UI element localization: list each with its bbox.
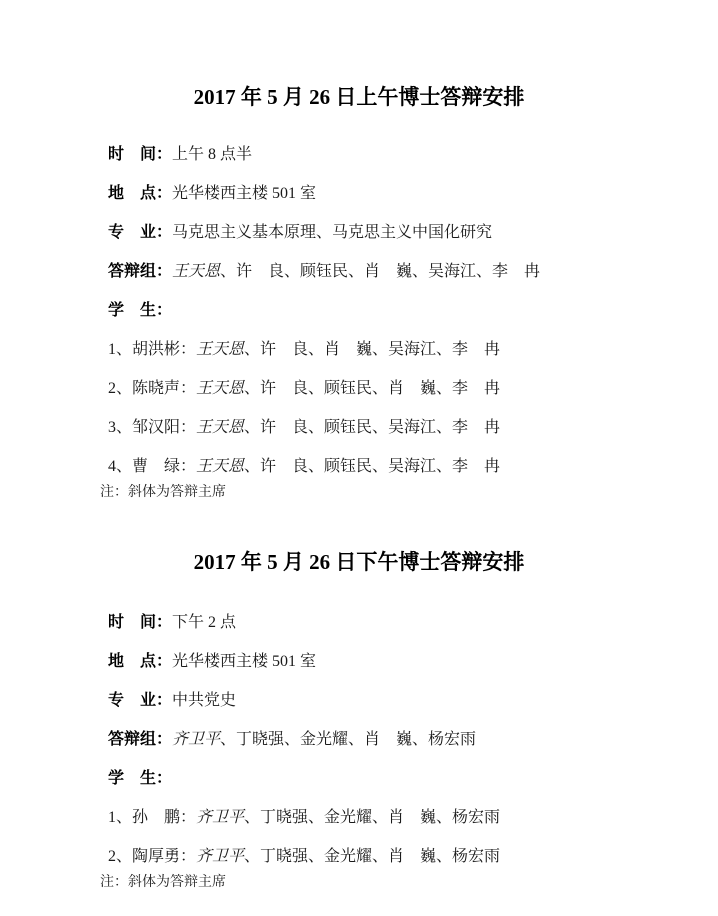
student-row: 2、陈晓声：王天恩、许 良、顾钰民、肖 巍、李 冉 [100, 356, 500, 400]
committee-members: 、丁晓强、金光耀、肖 巍、杨宏雨 [220, 731, 476, 748]
morning-students-row: 学 生： [100, 278, 172, 322]
student-committee: 、丁晓强、金光耀、肖 巍、杨宏雨 [244, 848, 500, 865]
afternoon-note: 注：斜体为答辩主席 [100, 874, 226, 892]
student-chair: 齐卫平 [196, 848, 244, 865]
afternoon-place-row: 地 点：光华楼西主楼 501 室 [100, 629, 316, 673]
afternoon-committee-row: 答辩组：齐卫平、丁晓强、金光耀、肖 巍、杨宏雨 [100, 707, 476, 751]
student-row: 4、曹 绿：王天恩、许 良、顾钰民、吴海江、李 冉 [100, 434, 500, 478]
morning-schedule-title: 2017 年 5 月 26 日上午博士答辩安排 [0, 84, 718, 110]
student-committee: 、许 良、顾钰民、吴海江、李 冉 [244, 458, 500, 475]
committee-chair: 齐卫平 [172, 731, 220, 748]
student-name: 4、曹 绿： [108, 458, 196, 475]
morning-place-row: 地 点：光华楼西主楼 501 室 [100, 161, 316, 205]
morning-committee-row: 答辩组：王天恩、许 良、顾钰民、肖 巍、吴海江、李 冉 [100, 239, 540, 283]
student-row: 3、邹汉阳：王天恩、许 良、顾钰民、吴海江、李 冉 [100, 395, 500, 439]
morning-time-row: 时 间：上午 8 点半 [100, 122, 252, 166]
afternoon-major-row: 专 业：中共党史 [100, 668, 236, 712]
student-row: 1、孙 鹏：齐卫平、丁晓强、金光耀、肖 巍、杨宏雨 [100, 785, 500, 829]
student-row: 2、陶厚勇：齐卫平、丁晓强、金光耀、肖 巍、杨宏雨 [100, 824, 500, 868]
committee-members: 、许 良、顾钰民、肖 巍、吴海江、李 冉 [220, 263, 540, 280]
afternoon-schedule-title: 2017 年 5 月 26 日下午博士答辩安排 [0, 549, 718, 575]
student-name: 2、陶厚勇： [108, 848, 196, 865]
morning-note: 注：斜体为答辩主席 [100, 484, 226, 502]
student-chair: 王天恩 [196, 458, 244, 475]
committee-chair: 王天恩 [172, 263, 220, 280]
afternoon-time-row: 时 间：下午 2 点 [100, 590, 236, 634]
afternoon-students-row: 学 生： [100, 746, 172, 790]
student-row: 1、胡洪彬：王天恩、许 良、肖 巍、吴海江、李 冉 [100, 317, 500, 361]
morning-major-row: 专 业：马克思主义基本原理、马克思主义中国化研究 [100, 200, 492, 244]
